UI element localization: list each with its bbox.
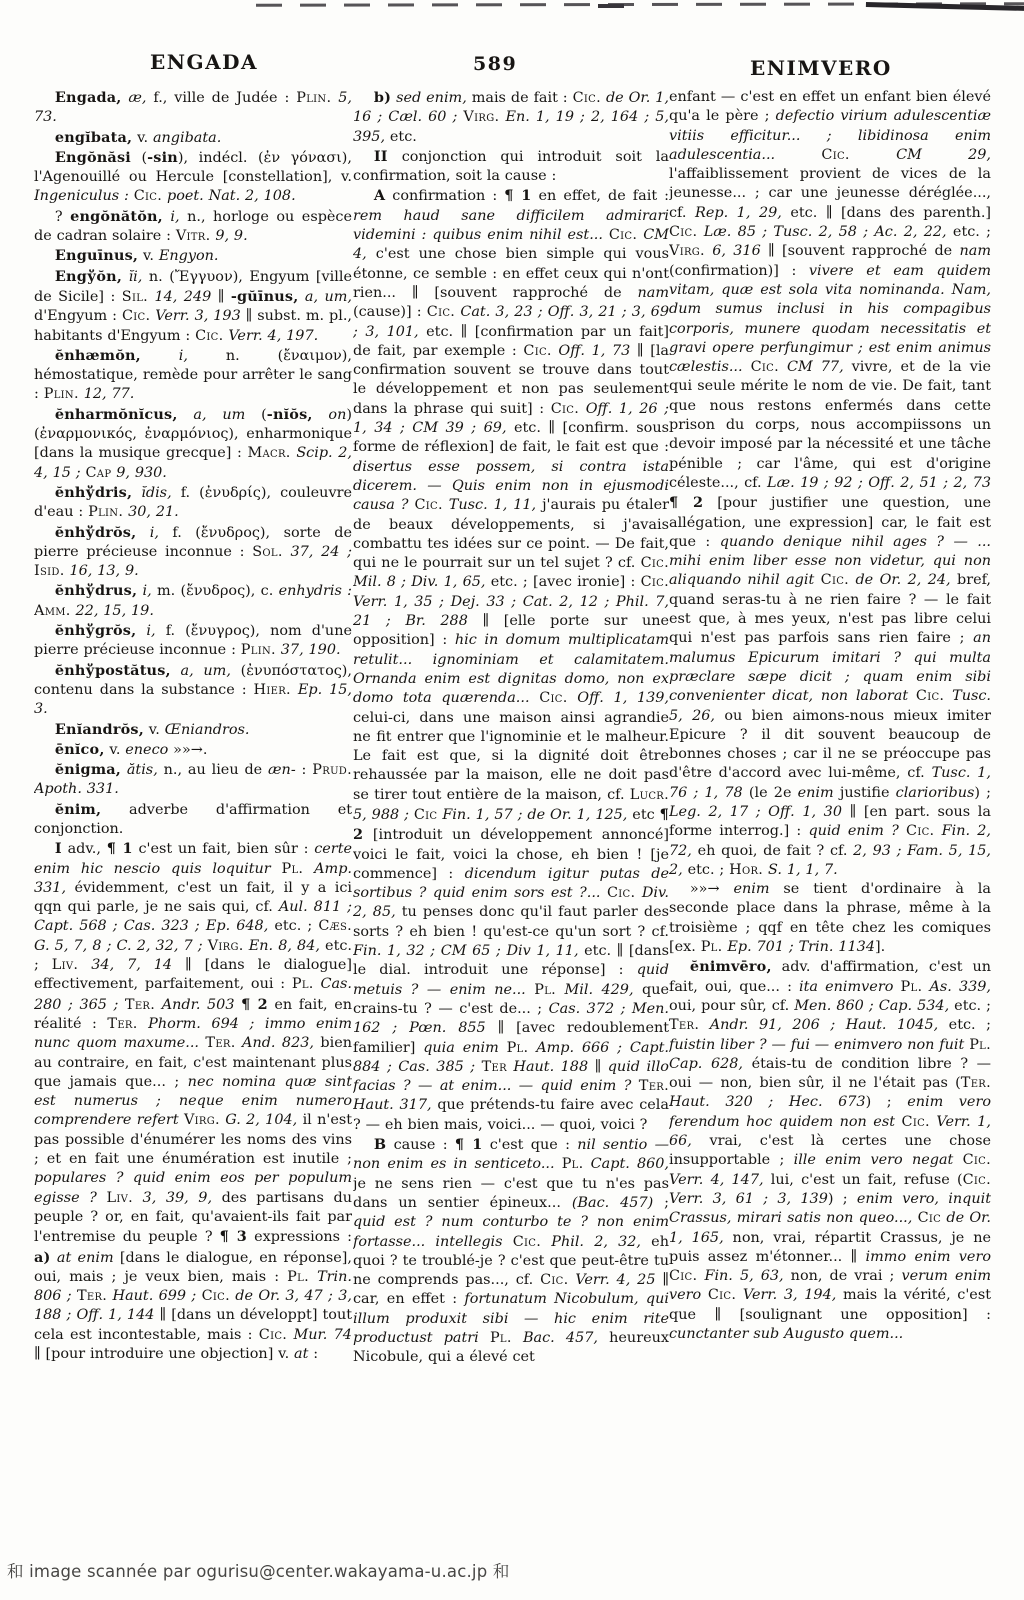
entry-paragraph: ēnĭco, v. eneco »»→. [34, 740, 352, 760]
entry-paragraph: engĭbata, v. angibata. [34, 128, 352, 148]
entry-paragraph: ? engŏnătŏn, i, n., horloge ou espèce de… [34, 207, 352, 247]
header-guideword-left: ENGADA [150, 50, 258, 74]
entry-paragraph: ĕnigma, ătis, n., au lieu de æn- : Prud.… [34, 760, 352, 800]
entry-paragraph: »»→ enim se tient d'ordinaire à la secon… [669, 880, 991, 957]
header-guideword-right: ENIMVERO [750, 56, 892, 80]
entry-paragraph: A confirmation : ¶ 1 en effet, de fait :… [353, 186, 669, 1135]
column-3: enfant — c'est en effet un enfant bien é… [669, 88, 991, 1550]
entry-paragraph: ĕnhўpostătus, a, um, (ἐνυπόστατος), cont… [34, 661, 352, 720]
entry-paragraph: ĕnim, adverbe d'affirmation et conjoncti… [34, 800, 352, 840]
entry-paragraph: Enguīnus, v. Engyon. [34, 246, 352, 266]
entry-paragraph: b) sed enim, mais de fait : Cic. de Or. … [353, 88, 669, 147]
entry-paragraph: B cause : ¶ 1 c'est que : nil sentio — n… [353, 1135, 669, 1368]
entry-paragraph: I adv., ¶ 1 c'est un fait, bien sûr : ce… [34, 839, 352, 1364]
entry-paragraph: ĕnharmŏnĭcus, a, um (-nĭŏs, on) (ἐναρμον… [34, 405, 352, 483]
column-2: b) sed enim, mais de fait : Cic. de Or. … [353, 88, 669, 1550]
column-1: Engada, æ, f., ville de Judée : Plin. 5,… [34, 88, 352, 1550]
entry-paragraph: ĕnimvēro, adv. d'affirmation, c'est un f… [669, 957, 991, 1344]
entry-paragraph: ĕnhўdris, ĭdis, f. (ἐνυδρίς), couleuvre … [34, 483, 352, 523]
entry-paragraph: ĕnhўdrŏs, i, f. (ἔνυδρος), sorte de pier… [34, 523, 352, 582]
entry-paragraph: ĕnhўdrus, i, m. (ἔνυδρος), c. enhydris :… [34, 581, 352, 621]
entry-paragraph: Engўŏn, ĭi, n. (Ἔγγυον), Engyum [ville d… [34, 267, 352, 346]
scan-credit-text: 和 image scannée par ogurisu@center.wakay… [7, 1558, 510, 1582]
page-number: 589 [473, 53, 517, 75]
dictionary-page-scan: ENGADA 589 ENIMVERO Engada, æ, f., ville… [0, 0, 1024, 1600]
entry-paragraph: II conjonction qui introduit soit la con… [353, 147, 669, 187]
entry-paragraph: Enĭandrŏs, v. Œniandros. [34, 720, 352, 740]
entry-paragraph: Engŏnăsi (-sin), indécl. (ἐν γόνασι), l'… [34, 148, 352, 207]
entry-paragraph: ĕnhæmŏn, i, n. (ἔναιμον), hémostatique, … [34, 346, 352, 405]
scan-artifact-bar-small [598, 4, 624, 8]
entry-paragraph: enfant — c'est en effet un enfant bien é… [669, 88, 991, 880]
entry-paragraph: Engada, æ, f., ville de Judée : Plin. 5,… [34, 88, 352, 128]
entry-paragraph: ĕnhўgrŏs, i, f. (ἔνυγρος), nom d'une pie… [34, 621, 352, 661]
